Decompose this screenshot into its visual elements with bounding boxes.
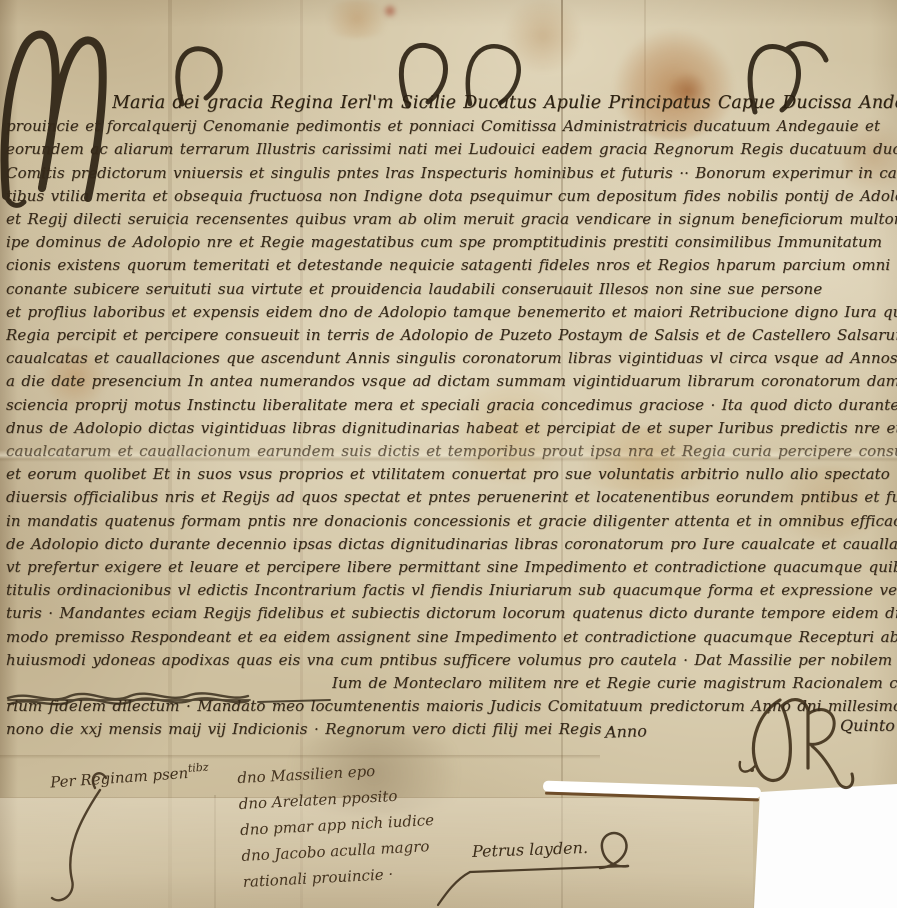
manuscript-line: cionis existens quorum temeritati et det… [6,256,897,275]
manuscript-line: Maria dei gracia Regina Ierl'm Sicilie D… [112,94,897,113]
manuscript-line: turis · Mandantes eciam Regijs fidelibus… [6,604,897,623]
manuscript-line: conante subicere seruituti sua virtute e… [6,280,897,299]
manuscript-line: in mandatis quatenus formam pntis nre do… [6,512,897,531]
manuscript-line: diuersis officialibus nris et Regijs ad … [6,488,897,507]
backdrop-cutout [752,784,897,908]
manuscript-line: et proflius laboribus et expensis eidem … [6,303,897,322]
manuscript-line: eorundem ac aliarum terrarum Illustris c… [6,140,897,159]
manuscript-line: Comitis predictorum vniuersis et singuli… [6,164,897,183]
manuscript-line: huiusmodi ydoneas apodixas quas eis vna … [6,651,897,670]
manuscript-line: prouincie et forcalquerij Cenomanie pedi… [6,117,897,136]
manuscript-line: de Adolopio dicto durante decennio ipsas… [6,535,897,554]
quinto-label: Quinto [840,716,895,735]
manuscript-line: et Regij dilecti seruicia recensentes qu… [6,210,897,229]
manuscript-line: nono die xxj mensis maij vij Indicionis … [6,720,897,739]
manuscript-line: rium fidelem dilectum · Mandato meo locu… [6,697,897,716]
manuscript-line: Ium de Monteclaro militem nre et Regie c… [332,674,897,693]
manuscript-line: vt prefertur exigere et leuare et percip… [6,558,897,577]
manuscript-line: modo premisso Respondeant et ea eidem as… [6,628,897,647]
manuscript-line: caualcatas et cauallaciones que ascendun… [6,349,897,368]
manuscript-line: titulis ordinacionibus vl edictis Incont… [6,581,897,600]
witness-list: dno Massilien epodno Arelaten ppositodno… [237,755,438,895]
anno-label: Anno [605,721,647,741]
per-reginam-superscript: tibz [187,760,209,774]
charter-photo: Maria dei gracia Regina Ierl'm Sicilie D… [0,0,897,908]
manuscript-line: tibus vtilia merita et obsequia fructuos… [6,187,897,206]
notary-signature: Petrus layden. [472,838,589,861]
manuscript-line: caualcatarum et cauallacionum earundem s… [6,442,897,461]
manuscript-line: ipe dominus de Adolopio nre et Regie mag… [6,233,897,252]
manuscript-line: dnus de Adolopio dictas vigintiduas libr… [6,419,897,438]
manuscript-line: et eorum quolibet Et in suos vsus propri… [6,465,897,484]
manuscript-line: a die date presencium In antea numerando… [6,372,897,391]
manuscript-line: sciencia proprij motus Instinctu liberal… [6,396,897,415]
manuscript-line: Regia percipit et percipere consueuit in… [6,326,897,345]
